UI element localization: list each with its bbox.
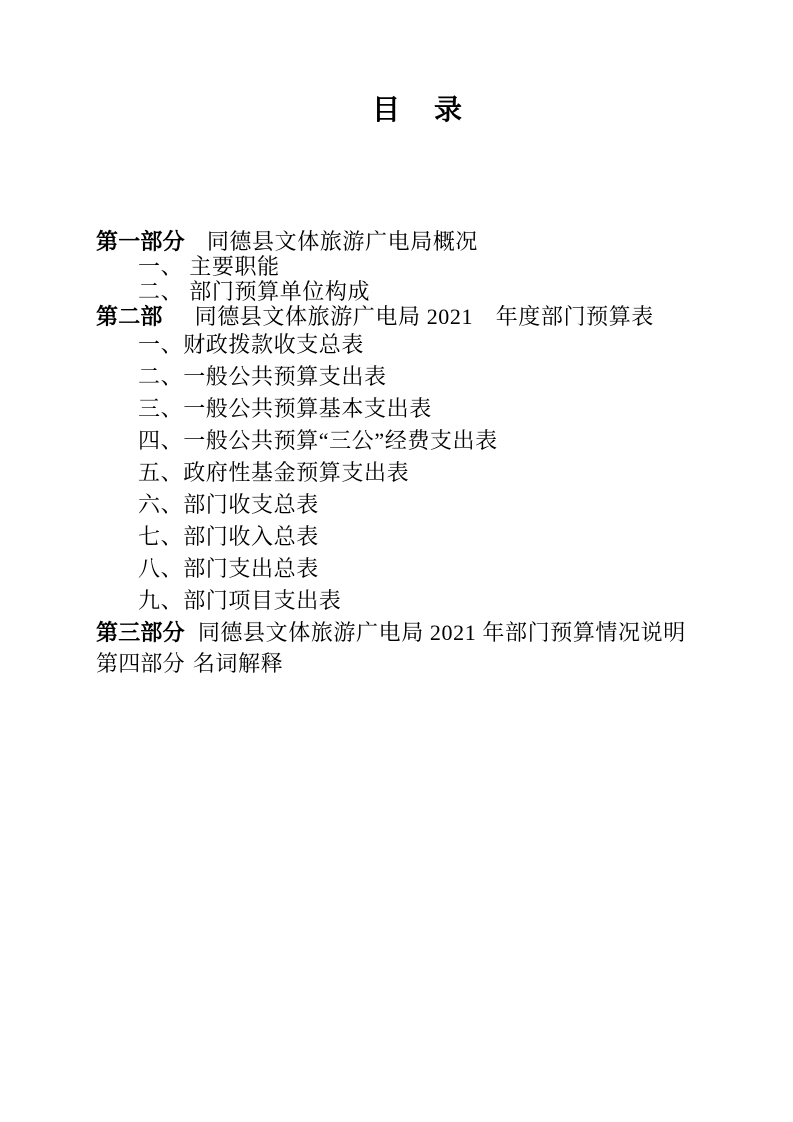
section-1-title: 同德县文体旅游广电局概况: [207, 229, 478, 254]
toc-item: 一、财政拨款收支总表: [138, 329, 793, 361]
toc-item: 五、政府性基金预算支出表: [138, 457, 793, 489]
table-of-contents: 第一部分同德县文体旅游广电局概况 一、 主要职能 二、 部门预算单位构成 第二部…: [96, 229, 793, 679]
toc-item: 四、一般公共预算“三公”经费支出表: [138, 425, 793, 457]
label-title-gap: [185, 670, 193, 671]
toc-item: 七、部门收入总表: [138, 521, 793, 553]
toc-section-heading-2: 第二部同德县文体旅游广电局 2021 年度部门预算表: [96, 304, 793, 329]
section-2-title: 同德县文体旅游广电局 2021 年度部门预算表: [195, 304, 654, 329]
toc-item: 三、一般公共预算基本支出表: [138, 393, 793, 425]
section-3-label: 第三部分: [96, 620, 185, 645]
page-title: 目 录: [22, 0, 793, 131]
document-page: 目 录 第一部分同德县文体旅游广电局概况 一、 主要职能 二、 部门预算单位构成…: [0, 0, 793, 1122]
toc-item: 二、 部门预算单位构成: [138, 279, 793, 304]
section-4-label: 第四部分: [96, 651, 185, 676]
toc-item: 一、 主要职能: [138, 254, 793, 279]
section-4-title: 名词解释: [193, 651, 283, 676]
label-title-gap: [185, 248, 207, 249]
section-1-label: 第一部分: [96, 229, 185, 254]
section-2-label: 第二部: [96, 304, 163, 329]
toc-item: 六、部门收支总表: [138, 489, 793, 521]
toc-item: 二、一般公共预算支出表: [138, 361, 793, 393]
label-title-gap: [163, 323, 195, 324]
section-3-title: 同德县文体旅游广电局 2021 年部门预算情况说明: [198, 620, 686, 645]
label-title-gap: [185, 639, 198, 640]
toc-section-heading-4: 第四部分名词解释: [96, 648, 793, 679]
toc-section-heading-3: 第三部分同德县文体旅游广电局 2021 年部门预算情况说明: [96, 617, 793, 648]
toc-item: 八、部门支出总表: [138, 553, 793, 585]
toc-item: 九、部门项目支出表: [138, 585, 793, 617]
toc-section-heading-1: 第一部分同德县文体旅游广电局概况: [96, 229, 793, 254]
